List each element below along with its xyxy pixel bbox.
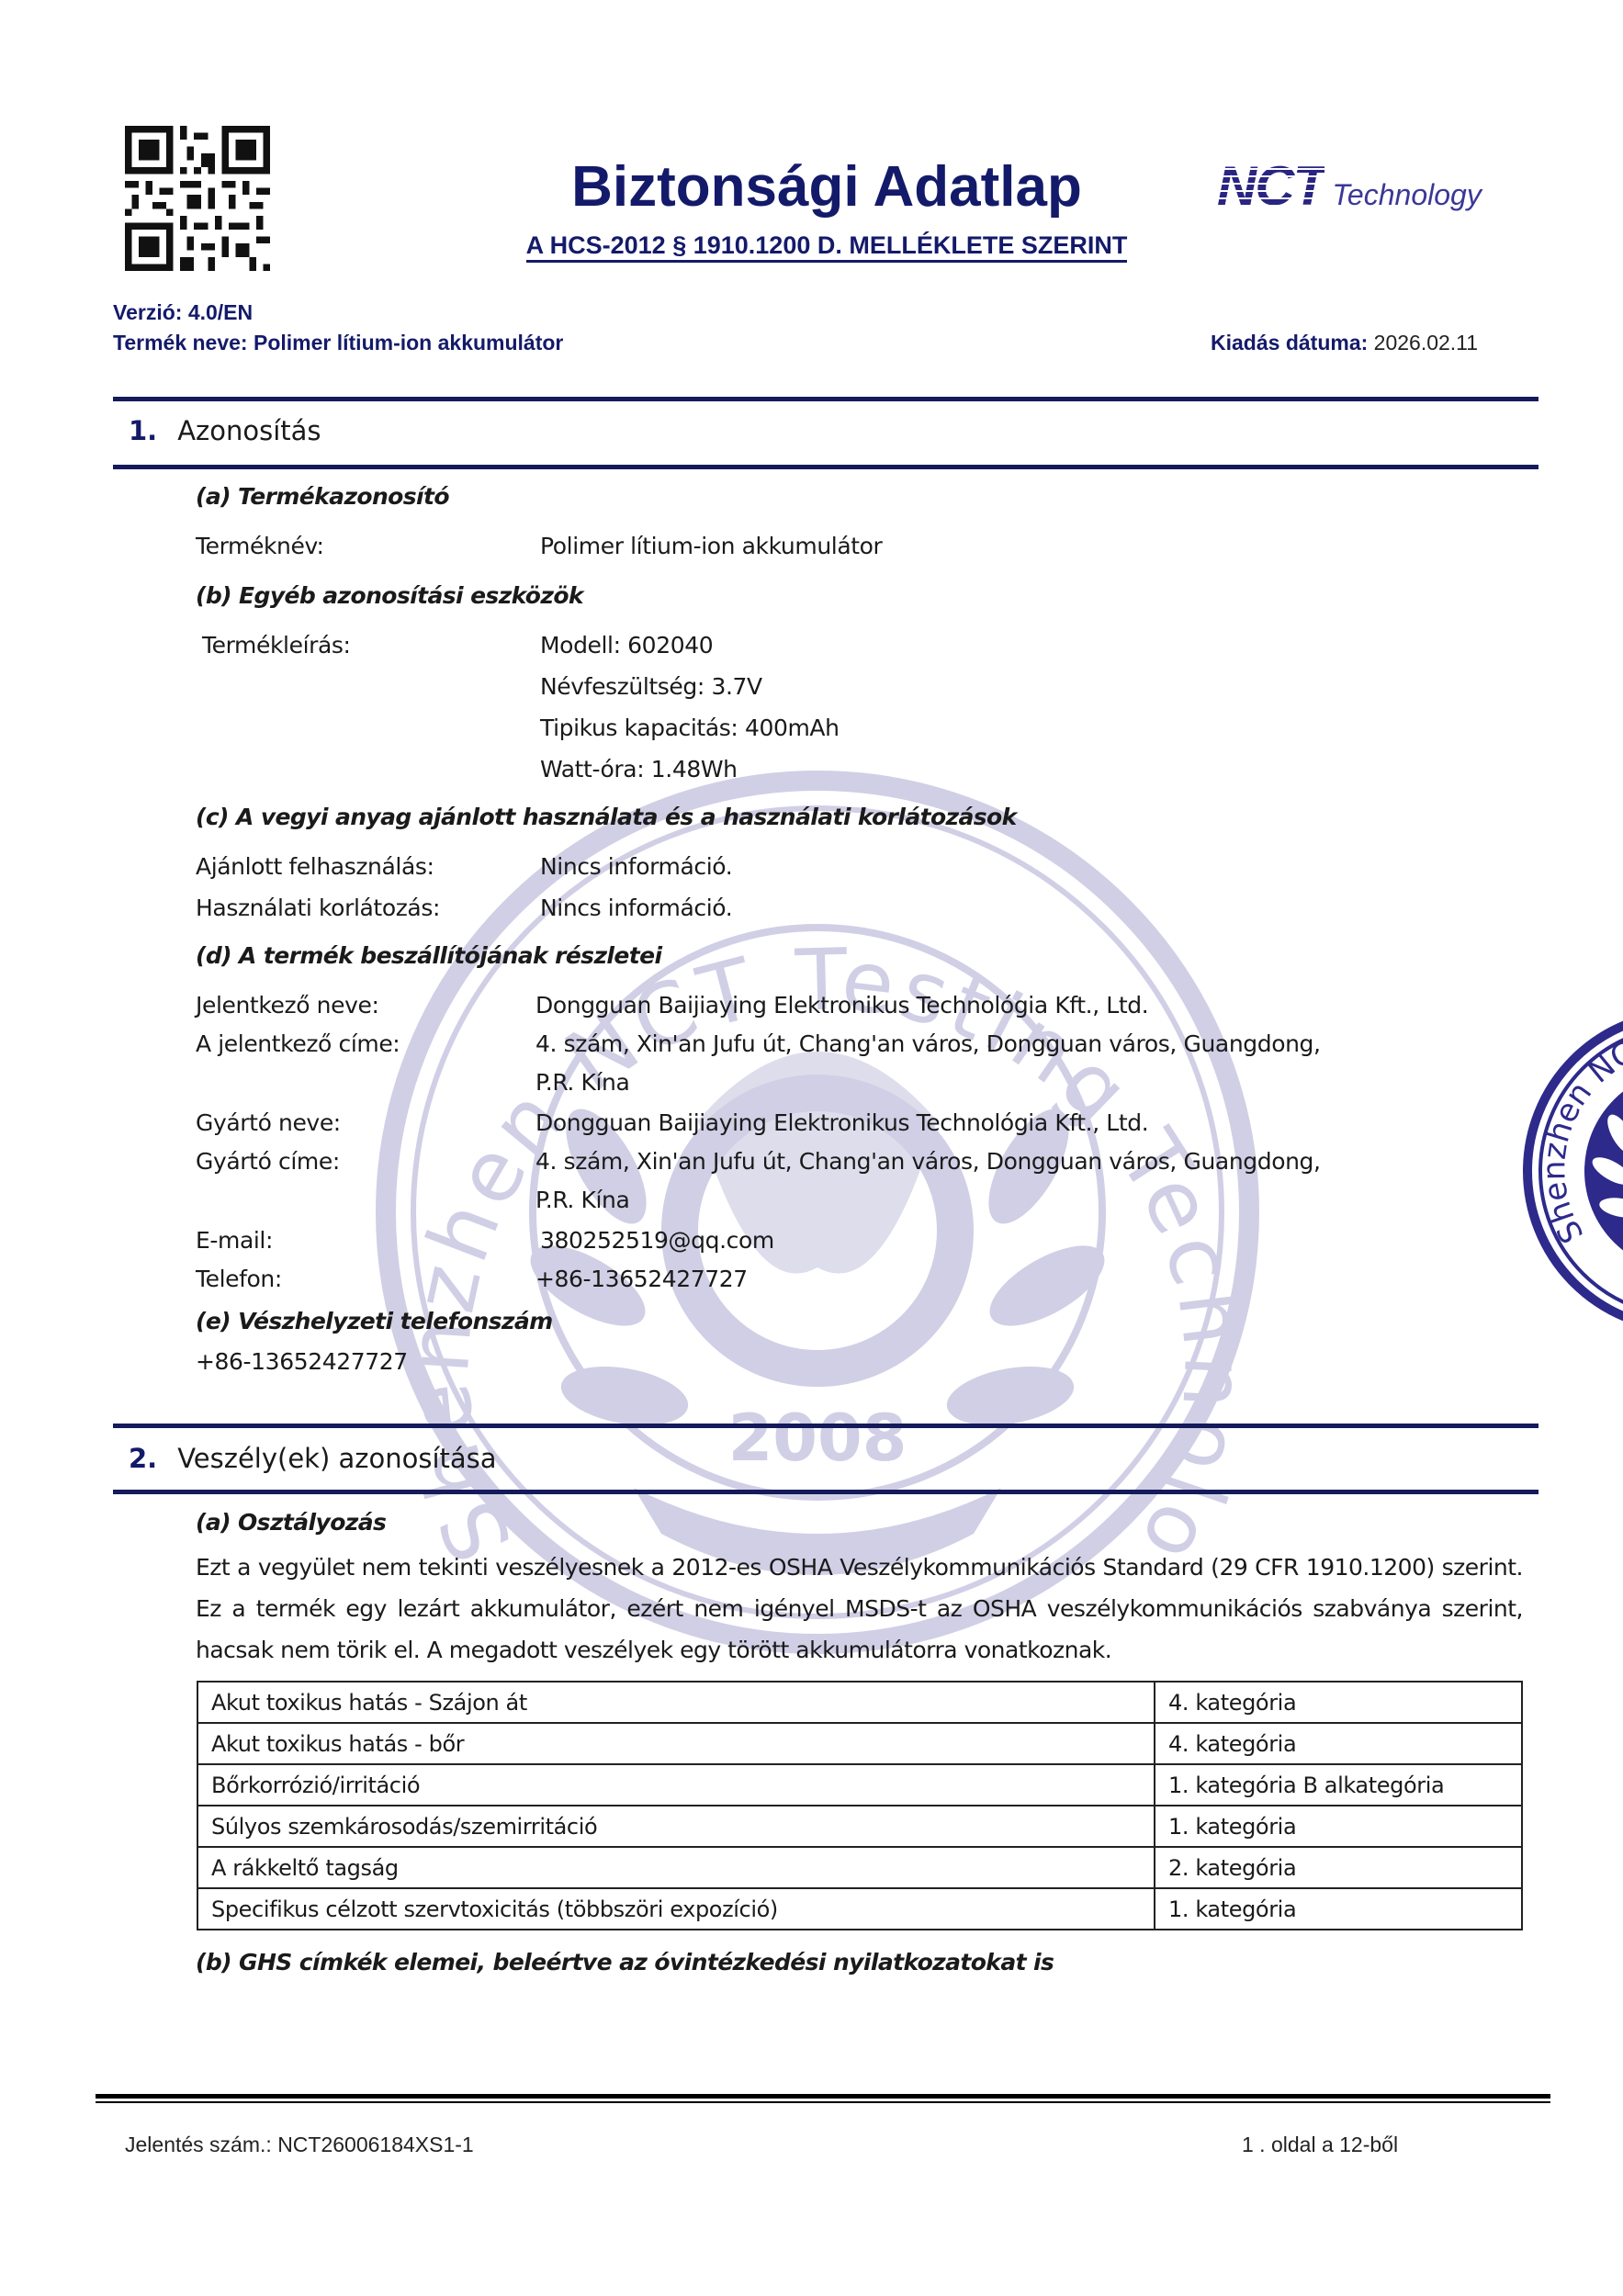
section-rule	[113, 465, 1538, 469]
section-2-heading: 2.Veszély(ek) azonosítása	[129, 1443, 497, 1474]
hazard-class-cell: Specifikus célzott szervtoxicitás (többs…	[197, 1888, 1155, 1930]
hazard-category-cell: 4. kategória	[1155, 1723, 1522, 1764]
phone-value: +86-13652427727	[535, 1266, 748, 1292]
company-stamp-icon: Shenzhen NCT T	[1520, 1006, 1623, 1336]
svg-text:Shenzhen NCT T: Shenzhen NCT T	[1536, 1021, 1623, 1249]
applicant-address-line1: 4. szám, Xin'an Jufu út, Chang'an város,…	[535, 1030, 1321, 1057]
applicant-name-value: Dongguan Baijiaying Elektronikus Technol…	[535, 992, 1148, 1019]
section-rule	[113, 1424, 1538, 1428]
table-row: Specifikus célzott szervtoxicitás (többs…	[197, 1888, 1522, 1930]
emergency-phone-value: +86-13652427727	[196, 1348, 408, 1375]
hazard-category-cell: 1. kategória	[1155, 1888, 1522, 1930]
classification-paragraph: Ezt a vegyület nem tekinti veszélyesnek …	[196, 1547, 1523, 1671]
applicant-address-label: A jelentkező címe:	[196, 1030, 400, 1057]
document-subtitle: A HCS-2012 § 1910.1200 D. MELLÉKLETE SZE…	[367, 231, 1286, 260]
subsection-c-heading: (c) A vegyi anyag ajánlott használata és…	[196, 804, 1017, 830]
manufacturer-address-line2: P.R. Kína	[535, 1187, 629, 1213]
classification-heading: (a) Osztályozás	[196, 1509, 386, 1536]
footer-rule	[96, 2094, 1550, 2099]
applicant-address-line2: P.R. Kína	[535, 1069, 629, 1096]
phone-label: Telefon:	[196, 1266, 282, 1292]
product-name-label: Terméknév:	[196, 533, 324, 559]
capacity-value: Tipikus kapacitás: 400mAh	[540, 715, 840, 741]
email-link[interactable]: 380252519@qq.com	[540, 1227, 774, 1254]
product-name-value: Polimer lítium-ion akkumulátor	[540, 533, 882, 559]
issue-date-line: Kiadás dátuma: 2026.02.11	[1211, 331, 1478, 355]
report-number: Jelentés szám.: NCT26006184XS1-1	[125, 2133, 474, 2157]
watermark-year: 2008	[728, 1401, 907, 1476]
hazard-category-cell: 1. kategória B alkategória	[1155, 1764, 1522, 1806]
footer-rule-thin	[96, 2101, 1550, 2103]
logo-text: Technology	[1332, 178, 1482, 211]
email-label: E-mail:	[196, 1227, 273, 1254]
hazard-category-cell: 4. kategória	[1155, 1682, 1522, 1723]
model-value: Modell: 602040	[540, 632, 713, 658]
product-description-label: Termékleírás:	[202, 632, 351, 658]
page-info: 1 . oldal a 12-ből	[1242, 2133, 1398, 2157]
sds-page: Shenzhen NCT Testing Technology Co., Ltd…	[0, 0, 1623, 2296]
nct-logo: NCTTechnology	[1217, 154, 1482, 218]
version-line: Verzió: 4.0/EN	[113, 300, 253, 325]
subsection-d-heading: (d) A termék beszállítójának részletei	[196, 942, 661, 969]
manufacturer-address-label: Gyártó címe:	[196, 1148, 340, 1175]
recommended-use-value: Nincs információ.	[540, 853, 732, 880]
subsection-e-heading: (e) Vészhelyzeti telefonszám	[196, 1308, 553, 1334]
hazard-class-cell: Akut toxikus hatás - Szájon át	[197, 1682, 1155, 1723]
logo-mark: NCT	[1217, 155, 1324, 217]
manufacturer-name-value: Dongguan Baijiaying Elektronikus Technol…	[535, 1109, 1148, 1136]
use-restriction-value: Nincs információ.	[540, 895, 732, 921]
manufacturer-address-line1: 4. szám, Xin'an Jufu út, Chang'an város,…	[535, 1148, 1321, 1175]
hazard-class-cell: Bőrkorrózió/irritáció	[197, 1764, 1155, 1806]
product-name-line: Termék neve: Polimer lítium-ion akkumulá…	[113, 331, 563, 355]
document-title: Biztonsági Adatlap	[367, 154, 1286, 219]
recommended-use-label: Ajánlott felhasználás:	[196, 853, 434, 880]
manufacturer-name-label: Gyártó neve:	[196, 1109, 341, 1136]
table-row: Bőrkorrózió/irritáció1. kategória B alka…	[197, 1764, 1522, 1806]
applicant-name-label: Jelentkező neve:	[196, 992, 378, 1019]
table-row: Akut toxikus hatás - bőr4. kategória	[197, 1723, 1522, 1764]
section-rule	[113, 397, 1538, 401]
use-restriction-label: Használati korlátozás:	[196, 895, 440, 921]
ghs-label-elements-heading: (b) GHS címkék elemei, beleértve az óvin…	[196, 1949, 1054, 1975]
watt-hour-value: Watt-óra: 1.48Wh	[540, 756, 738, 782]
hazard-category-cell: 2. kategória	[1155, 1847, 1522, 1888]
table-row: Akut toxikus hatás - Szájon át4. kategór…	[197, 1682, 1522, 1723]
hazard-class-cell: Akut toxikus hatás - bőr	[197, 1723, 1155, 1764]
section-1-heading: 1.Azonosítás	[129, 415, 321, 446]
hazard-category-cell: 1. kategória	[1155, 1806, 1522, 1847]
section-rule	[113, 1490, 1538, 1494]
qr-code-icon	[124, 126, 271, 271]
hazard-class-cell: Súlyos szemkárosodás/szemirritáció	[197, 1806, 1155, 1847]
subsection-a-heading: (a) Termékazonosító	[196, 483, 449, 510]
voltage-value: Névfeszültség: 3.7V	[540, 673, 762, 700]
stamp-text: Shenzhen NCT T	[1536, 1021, 1623, 1249]
table-row: Súlyos szemkárosodás/szemirritáció1. kat…	[197, 1806, 1522, 1847]
hazard-classification-table: Akut toxikus hatás - Szájon át4. kategór…	[197, 1681, 1523, 1930]
subsection-b-heading: (b) Egyéb azonosítási eszközök	[196, 582, 583, 609]
table-row: A rákkeltő tagság2. kategória	[197, 1847, 1522, 1888]
hazard-class-cell: A rákkeltő tagság	[197, 1847, 1155, 1888]
